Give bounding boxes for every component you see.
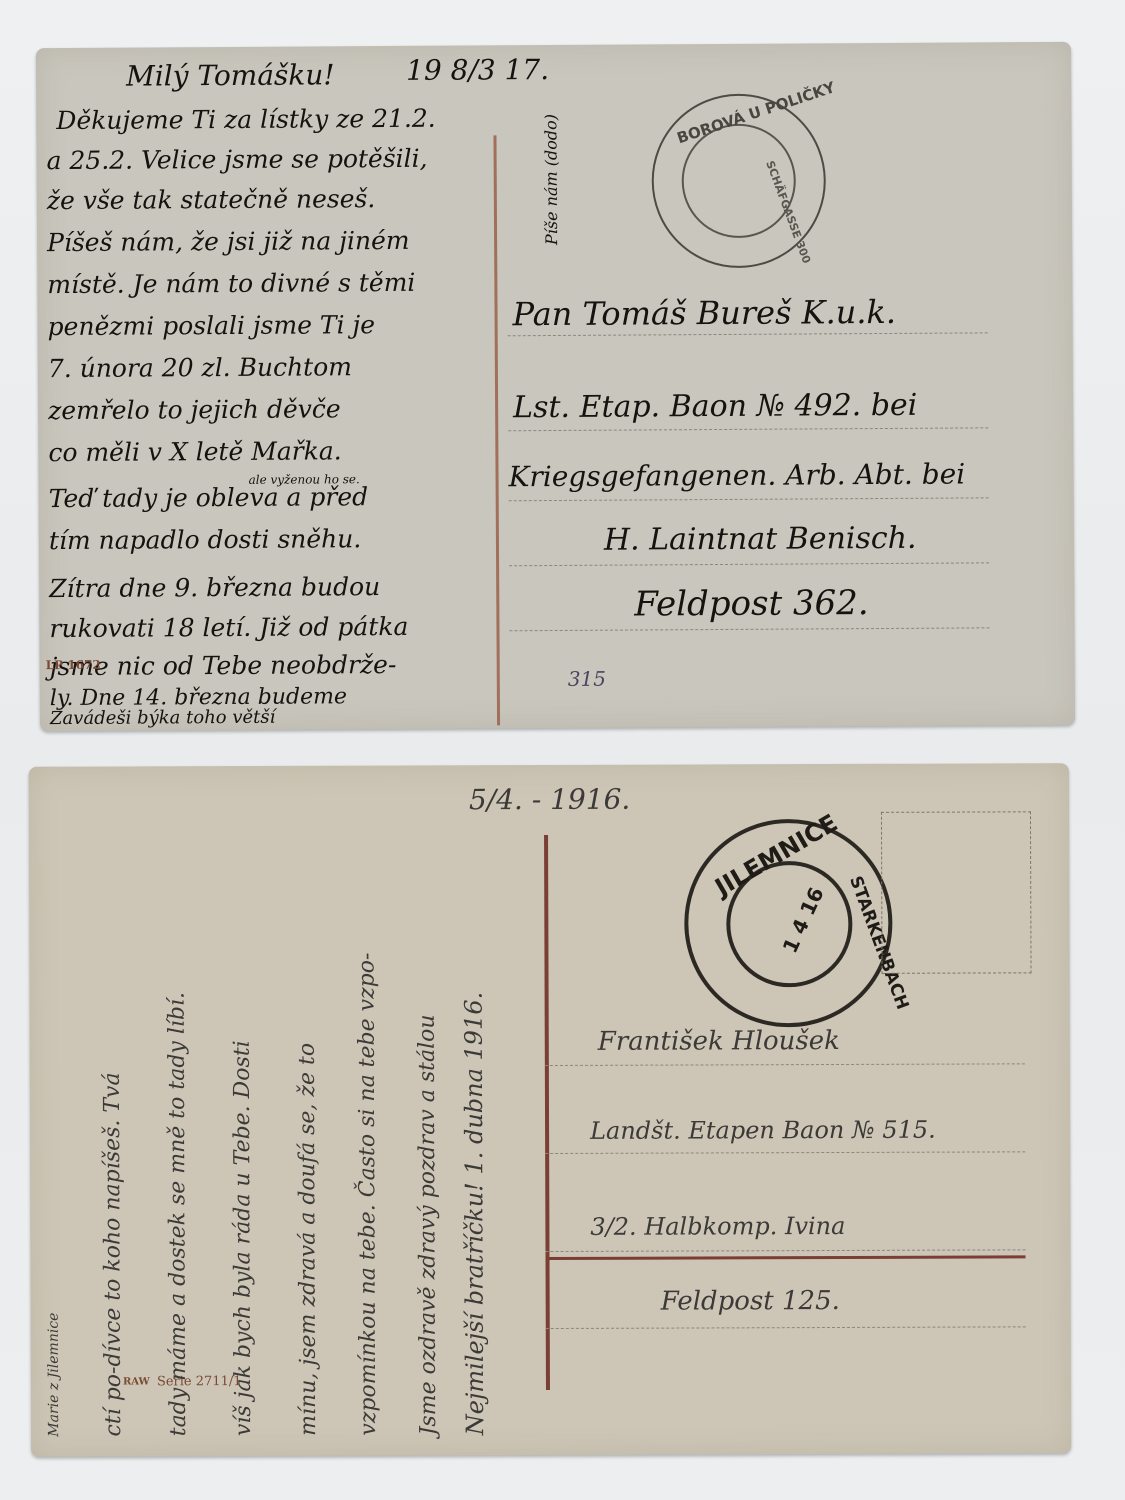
message-column: Jsme ozdravě zdravý pozdrav a stálou [415, 1014, 441, 1435]
message-column: tady máme a dostek se mně to tady líbí. [165, 992, 192, 1436]
salutation: Nejmilejší bratříčku! 1. dubna 1916. [460, 992, 490, 1436]
salutation: Milý Tomášku! [126, 58, 335, 92]
address-guideline [545, 1249, 1025, 1252]
address-line: H. Laintnat Benisch. [604, 521, 917, 558]
address-guideline [509, 497, 989, 501]
message-column: mínu, jsem zdravá a doufá se, že to [295, 1043, 321, 1436]
postcard-bottom: 5/4. - 1916. Nejmilejší bratříčku! 1. du… [29, 763, 1071, 1457]
message-line: Teď tady je obleva a před [49, 482, 369, 513]
postcard-top: Milý Tomášku! 19 8/3 17. Děkujeme Ti za … [36, 42, 1075, 731]
postmark-stamp: JILEMNICE STARKENBACH 1 4 16 [684, 819, 893, 1028]
letter-date: 19 8/3 17. [406, 53, 549, 87]
pencil-number: 315 [568, 667, 606, 691]
address-guideline [546, 1326, 1026, 1329]
address-guideline [545, 1063, 1025, 1066]
card-divider-line [544, 835, 550, 1390]
message-line: 7. února 20 zl. Buchtom [48, 352, 352, 383]
address-guideline [508, 427, 988, 431]
message-column: Marie z Jilemnice [46, 1313, 62, 1437]
address-divider-line [546, 1255, 1026, 1260]
message-line: tím napadlo dosti sněhu. [49, 524, 362, 555]
address-guideline [509, 562, 989, 566]
message-line: penězmi poslali jsme Ti je [48, 310, 376, 341]
message-line: Píšeš nám, že jsi již na jiném [47, 226, 410, 257]
address-block: Pan Tomáš Bureš K.u.k. Lst. Etap. Baon №… [36, 42, 1071, 48]
postmark-stamp: BOROVÁ U POLIČKY SCHÄFGASSE 300 [651, 93, 826, 268]
card-divider-line [493, 135, 500, 725]
address-guideline [509, 627, 989, 631]
stamp-placement-box [881, 811, 1032, 974]
address-guideline [508, 332, 988, 336]
address-line: Landšt. Etapen Baon № 515. [590, 1116, 936, 1145]
message-line: co měli v X letě Mařka. [48, 436, 341, 467]
message-line: zemřelo to jejich děvče [48, 394, 341, 425]
message-line: Děkujeme Ti za lístky ze 21.2. [56, 104, 436, 135]
message-block: Nejmilejší bratříčku! 1. dubna 1916. Jsm… [29, 763, 1069, 767]
address-recipient: Pan Tomáš Bureš K.u.k. [512, 293, 896, 333]
message-line: Zítra dne 9. března budou [49, 572, 380, 603]
message-line: jsme nic od Tebe neobdrže- [50, 650, 397, 681]
message-line: že vše tak statečně neseš. [47, 184, 376, 215]
address-line: Lst. Etap. Baon № 492. bei [513, 388, 917, 425]
publisher-mark: LP 1672 [46, 658, 101, 672]
publisher-logo: RAW [123, 1376, 150, 1387]
message-line: a 25.2. Velice jsme se potěšili, [47, 144, 428, 175]
address-guideline [545, 1151, 1025, 1154]
margin-note: Píše nám (dodo) [541, 114, 561, 245]
message-line: místě. Je nám to divné s těmi [47, 268, 415, 299]
address-feldpost: Feldpost 125. [661, 1286, 840, 1317]
address-line: 3/2. Halbkomp. Ivina [590, 1212, 845, 1241]
address-feldpost: Feldpost 362. [634, 583, 869, 624]
letter-date: 5/4. - 1916. [469, 783, 631, 817]
message-line: rukovati 18 letí. Již od pátka [49, 612, 408, 643]
message-block: Milý Tomášku! 19 8/3 17. Děkujeme Ti za … [36, 42, 1071, 48]
address-recipient: František Hloušek [598, 1026, 840, 1057]
address-block: František Hloušek Landšt. Etapen Baon № … [29, 763, 1069, 767]
message-column: vzpomínkou na tebe. Často si na tebe vzp… [354, 953, 381, 1436]
series-number: Serie 2711/1 [157, 1374, 242, 1389]
address-line: Kriegsgefangenen. Arb. Abt. bei [508, 457, 965, 493]
